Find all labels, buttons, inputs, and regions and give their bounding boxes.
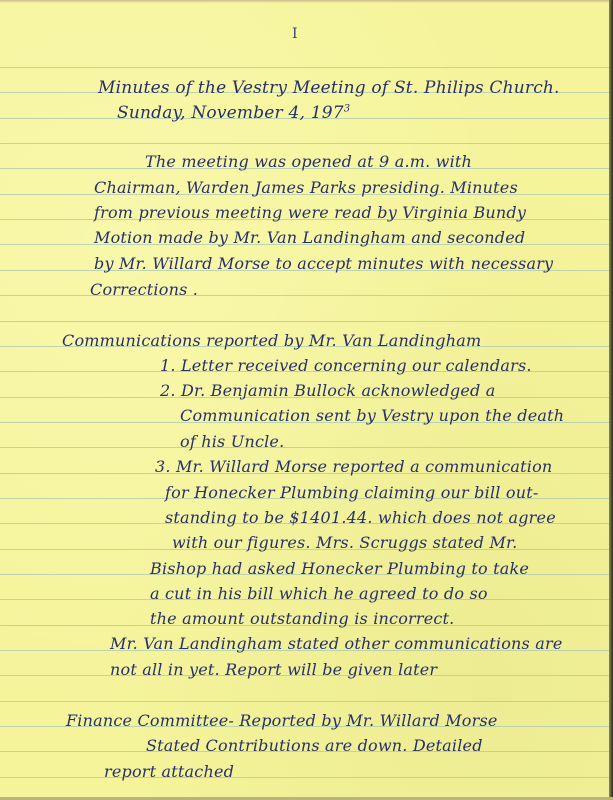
title-line-1: Minutes of the Vestry Meeting of St. Phi…: [98, 78, 560, 98]
legal-pad-page: I Minutes of the Vestry Meeting of St. P…: [0, 0, 613, 800]
opening-line: by Mr. Willard Morse to accept minutes w…: [94, 254, 553, 273]
meeting-year-digit: 3: [344, 103, 351, 114]
communications-closing: not all in yet. Report will be given lat…: [110, 660, 437, 679]
finance-committee-line: Finance Committee- Reported by Mr. Willa…: [66, 711, 498, 730]
item-text: a cut in his bill which he agreed to do …: [150, 584, 488, 603]
item-text: standing to be $1401.44. which does not …: [165, 508, 556, 527]
rule-line: [0, 67, 609, 68]
rule-line: [0, 777, 609, 778]
paper-right-edge: [609, 0, 613, 800]
paper-top-edge: [0, 0, 613, 3]
title-line-2: Sunday, November 4, 1973: [117, 103, 350, 123]
rule-line: [0, 447, 609, 448]
communications-closing: Mr. Van Landingham stated other communic…: [110, 634, 563, 653]
item-text: the amount outstanding is incorrect.: [150, 609, 454, 628]
communication-item-1: 1. Letter received concerning our calend…: [160, 356, 532, 375]
item-text: Communication sent by Vestry upon the de…: [180, 406, 564, 425]
opening-line: from previous meeting were read by Virgi…: [94, 203, 526, 222]
rule-line: [0, 321, 609, 322]
communications-heading: Communications reported by Mr. Van Landi…: [62, 331, 481, 350]
communication-item-3: 3. Mr. Willard Morse reported a communic…: [155, 457, 552, 476]
rule-line: [0, 701, 609, 702]
item-text: Mr. Willard Morse reported a communicati…: [176, 457, 552, 476]
opening-line: Motion made by Mr. Van Landingham and se…: [94, 228, 525, 247]
item-text: for Honecker Plumbing claiming our bill …: [165, 483, 538, 502]
item-number: 3.: [155, 457, 171, 476]
rule-line: [0, 143, 609, 144]
item-number: 1.: [160, 356, 176, 375]
item-text: Letter received concerning our calendars…: [181, 356, 532, 375]
item-text: with our figures. Mrs. Scruggs stated Mr…: [172, 533, 517, 552]
opening-line: Corrections .: [90, 280, 198, 299]
finance-committee-line: report attached: [104, 762, 234, 781]
item-text: of his Uncle.: [180, 432, 284, 451]
item-text: Dr. Benjamin Bullock acknowledged a: [181, 381, 496, 400]
item-text: Bishop had asked Honecker Plumbing to ta…: [150, 559, 529, 578]
opening-line: The meeting was opened at 9 a.m. with: [145, 152, 472, 171]
item-number: 2.: [160, 381, 176, 400]
communication-item-2: 2. Dr. Benjamin Bullock acknowledged a: [160, 381, 495, 400]
opening-line: Chairman, Warden James Parks presiding. …: [94, 178, 518, 197]
meeting-date: Sunday, November 4, 197: [117, 103, 344, 123]
finance-committee-line: Stated Contributions are down. Detailed: [146, 736, 483, 755]
page-number: I: [292, 26, 298, 42]
